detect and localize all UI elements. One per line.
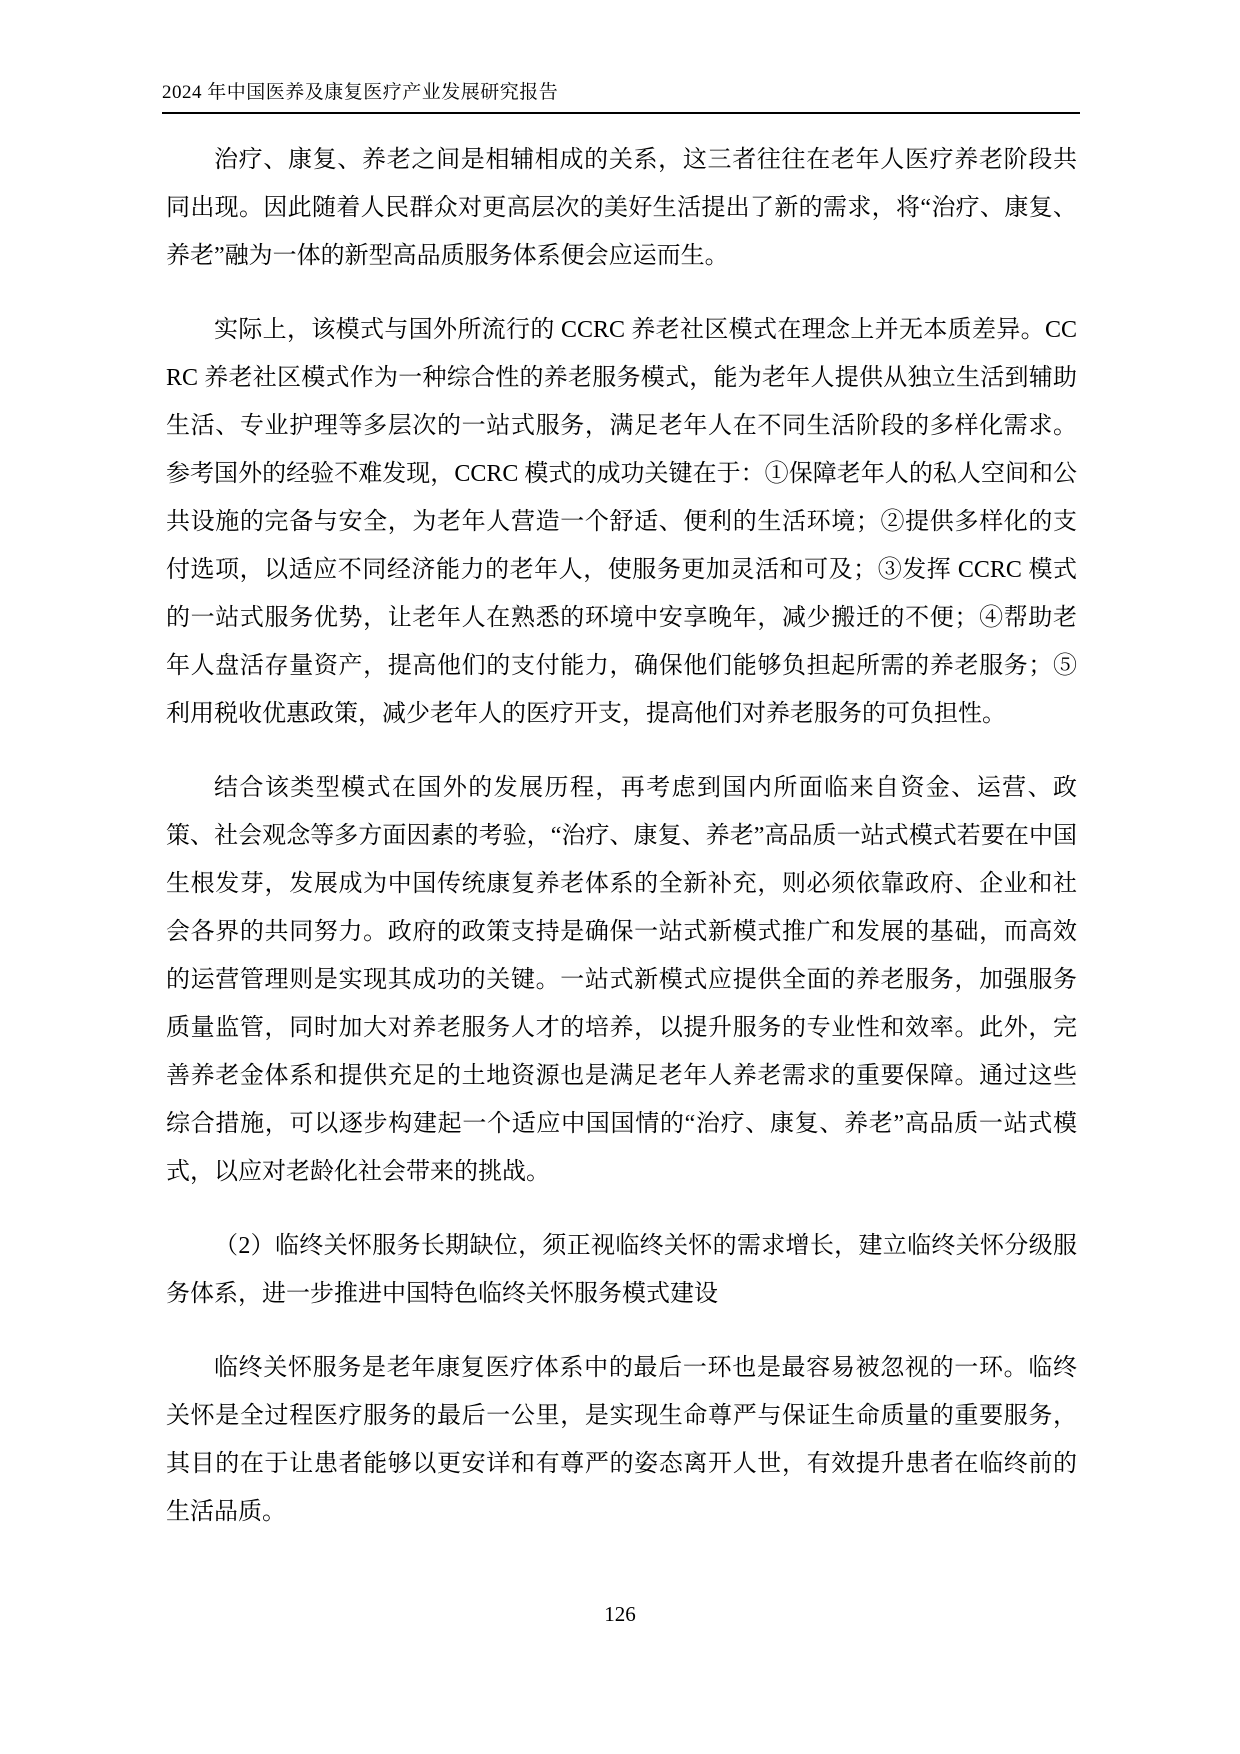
page-header-title: 2024 年中国医养及康复医疗产业发展研究报告 bbox=[162, 80, 1080, 106]
document-body: 治疗、康复、养老之间是相辅相成的关系，这三者往往在老年人医疗养老阶段共同出现。因… bbox=[166, 136, 1077, 1562]
body-paragraph: 实际上，该模式与国外所流行的 CCRC 养老社区模式在理念上并无本质差异。CCR… bbox=[166, 306, 1077, 738]
body-paragraph: 临终关怀服务是老年康复医疗体系中的最后一环也是最容易被忽视的一环。临终关怀是全过… bbox=[166, 1344, 1077, 1536]
page-header: 2024 年中国医养及康复医疗产业发展研究报告 bbox=[162, 80, 1080, 114]
body-paragraph: 结合该类型模式在国外的发展历程，再考虑到国内所面临来自资金、运营、政策、社会观念… bbox=[166, 764, 1077, 1196]
subsection-heading: （2）临终关怀服务长期缺位，须正视临终关怀的需求增长，建立临终关怀分级服务体系，… bbox=[166, 1222, 1077, 1318]
page-number: 126 bbox=[604, 1602, 636, 1626]
body-paragraph: 治疗、康复、养老之间是相辅相成的关系，这三者往往在老年人医疗养老阶段共同出现。因… bbox=[166, 136, 1077, 280]
page-footer: 126 bbox=[0, 1600, 1240, 1628]
header-divider bbox=[162, 112, 1080, 114]
document-page: 2024 年中国医养及康复医疗产业发展研究报告 治疗、康复、养老之间是相辅相成的… bbox=[0, 0, 1240, 1754]
